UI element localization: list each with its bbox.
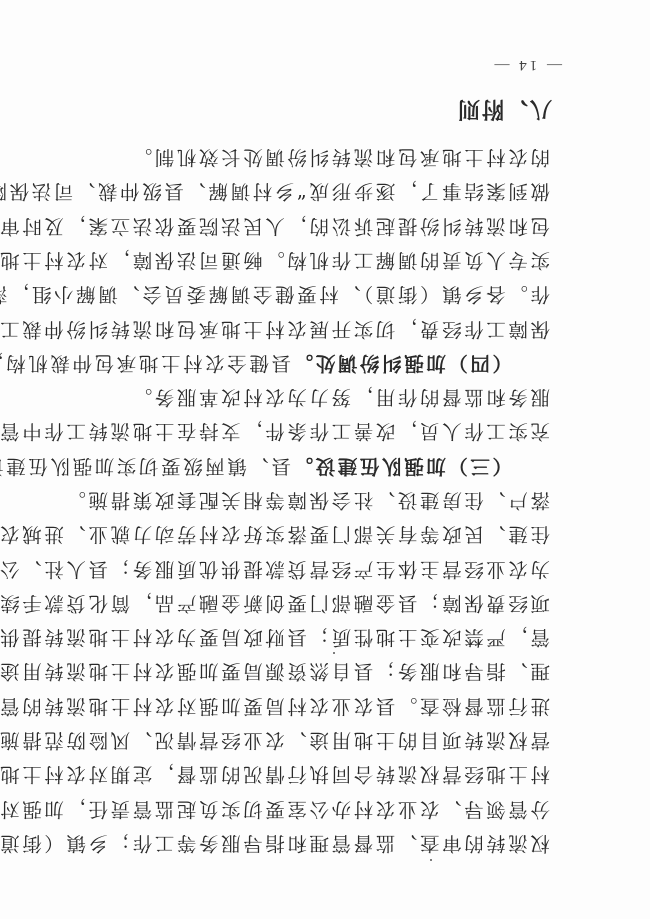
paragraph-line: 充实工作人员，改善工作条件，支持在土地流转工作中管理、 (90, 419, 550, 443)
paragraph-line: 落户、住房建设、社会保障等相关配套政策措施。 (90, 488, 550, 512)
paragraph-line: 村土地经营权流转合同执行情况的监督，定期对农村土地经 (90, 762, 550, 786)
paragraph-line: 进行监督检查。县农业农村局要加强对农村土地流转的管 (90, 694, 550, 718)
paragraph-line: 管，严禁改变土地性质；县财政局要为农村土地流转提供专 (90, 625, 550, 649)
paragraph-line: 为农业经营主体生产经营贷款提供优质服务；县人社、公安、 (90, 557, 550, 581)
paragraph-line: 权流转的审查、监督管理和指导服务等工作；乡镇（街道） (90, 831, 550, 855)
paragraph-line: 服务和监督的作用，努力为农村改革服务。 (90, 385, 550, 409)
paragraph-line: 理、指导和服务；县自然资源局要加强农村土地流转用途监 (90, 659, 550, 683)
paragraph-line: 保障工作经费，切实开展农村土地承包和流转纠纷仲裁工 (90, 317, 550, 341)
paragraph-line: 作。各乡镇（街道）、村要健全调解委员会、调解小组，落 (90, 282, 550, 306)
scan-speck (430, 859, 432, 861)
section-heading-8: 八、附则 (456, 95, 552, 126)
scan-speck (348, 602, 350, 604)
paragraph-line: 项经费保障；县金融部门要创新金融产品，简化贷款手续， (90, 591, 550, 615)
section-4-text: 县健全农村土地承包仲裁机构， (0, 352, 291, 375)
paragraph-line: 分管领导、农业农村办公室要切实负起监管责任，加强对农 (90, 797, 550, 821)
section-3-title: （三）加强队伍建设。 (291, 455, 512, 478)
scan-speck (333, 652, 335, 654)
paragraph-line: 包和流转纠纷提起诉讼的，人民法院要依法立案，及时审理， (90, 214, 550, 238)
section-3-first-line: （三）加强队伍建设。县、镇两级要切实加强队伍建设， (52, 454, 512, 478)
paragraph-line: 做到案结事了，逐步形成“乡村调解、县级仲裁、司法保障” (90, 179, 550, 203)
paragraph-line: 的农村土地承包和流转纠纷调处长效机制。 (90, 145, 550, 169)
paragraph-line: 实专人负责的调解工作机构。畅通司法保障，对农村土地承 (90, 248, 550, 272)
document-page: — 14 — 权流转的审查、监督管理和指导服务等工作；乡镇（街道） 分管领导、农… (0, 0, 650, 919)
section-3-text: 县、镇两级要切实加强队伍建设， (0, 455, 291, 478)
section-4-first-line: （四）加强纠纷调处。县健全农村土地承包仲裁机构， (52, 351, 512, 375)
page-number: — 14 — (492, 56, 563, 73)
paragraph-line: 住建、民政等有关部门要落实好农村劳动力就业、进城农民 (90, 522, 550, 546)
paragraph-line: 营权流转项目的土地用途、农业经营情况、风险防范措施等 (90, 728, 550, 752)
section-4-title: （四）加强纠纷调处。 (291, 352, 512, 375)
